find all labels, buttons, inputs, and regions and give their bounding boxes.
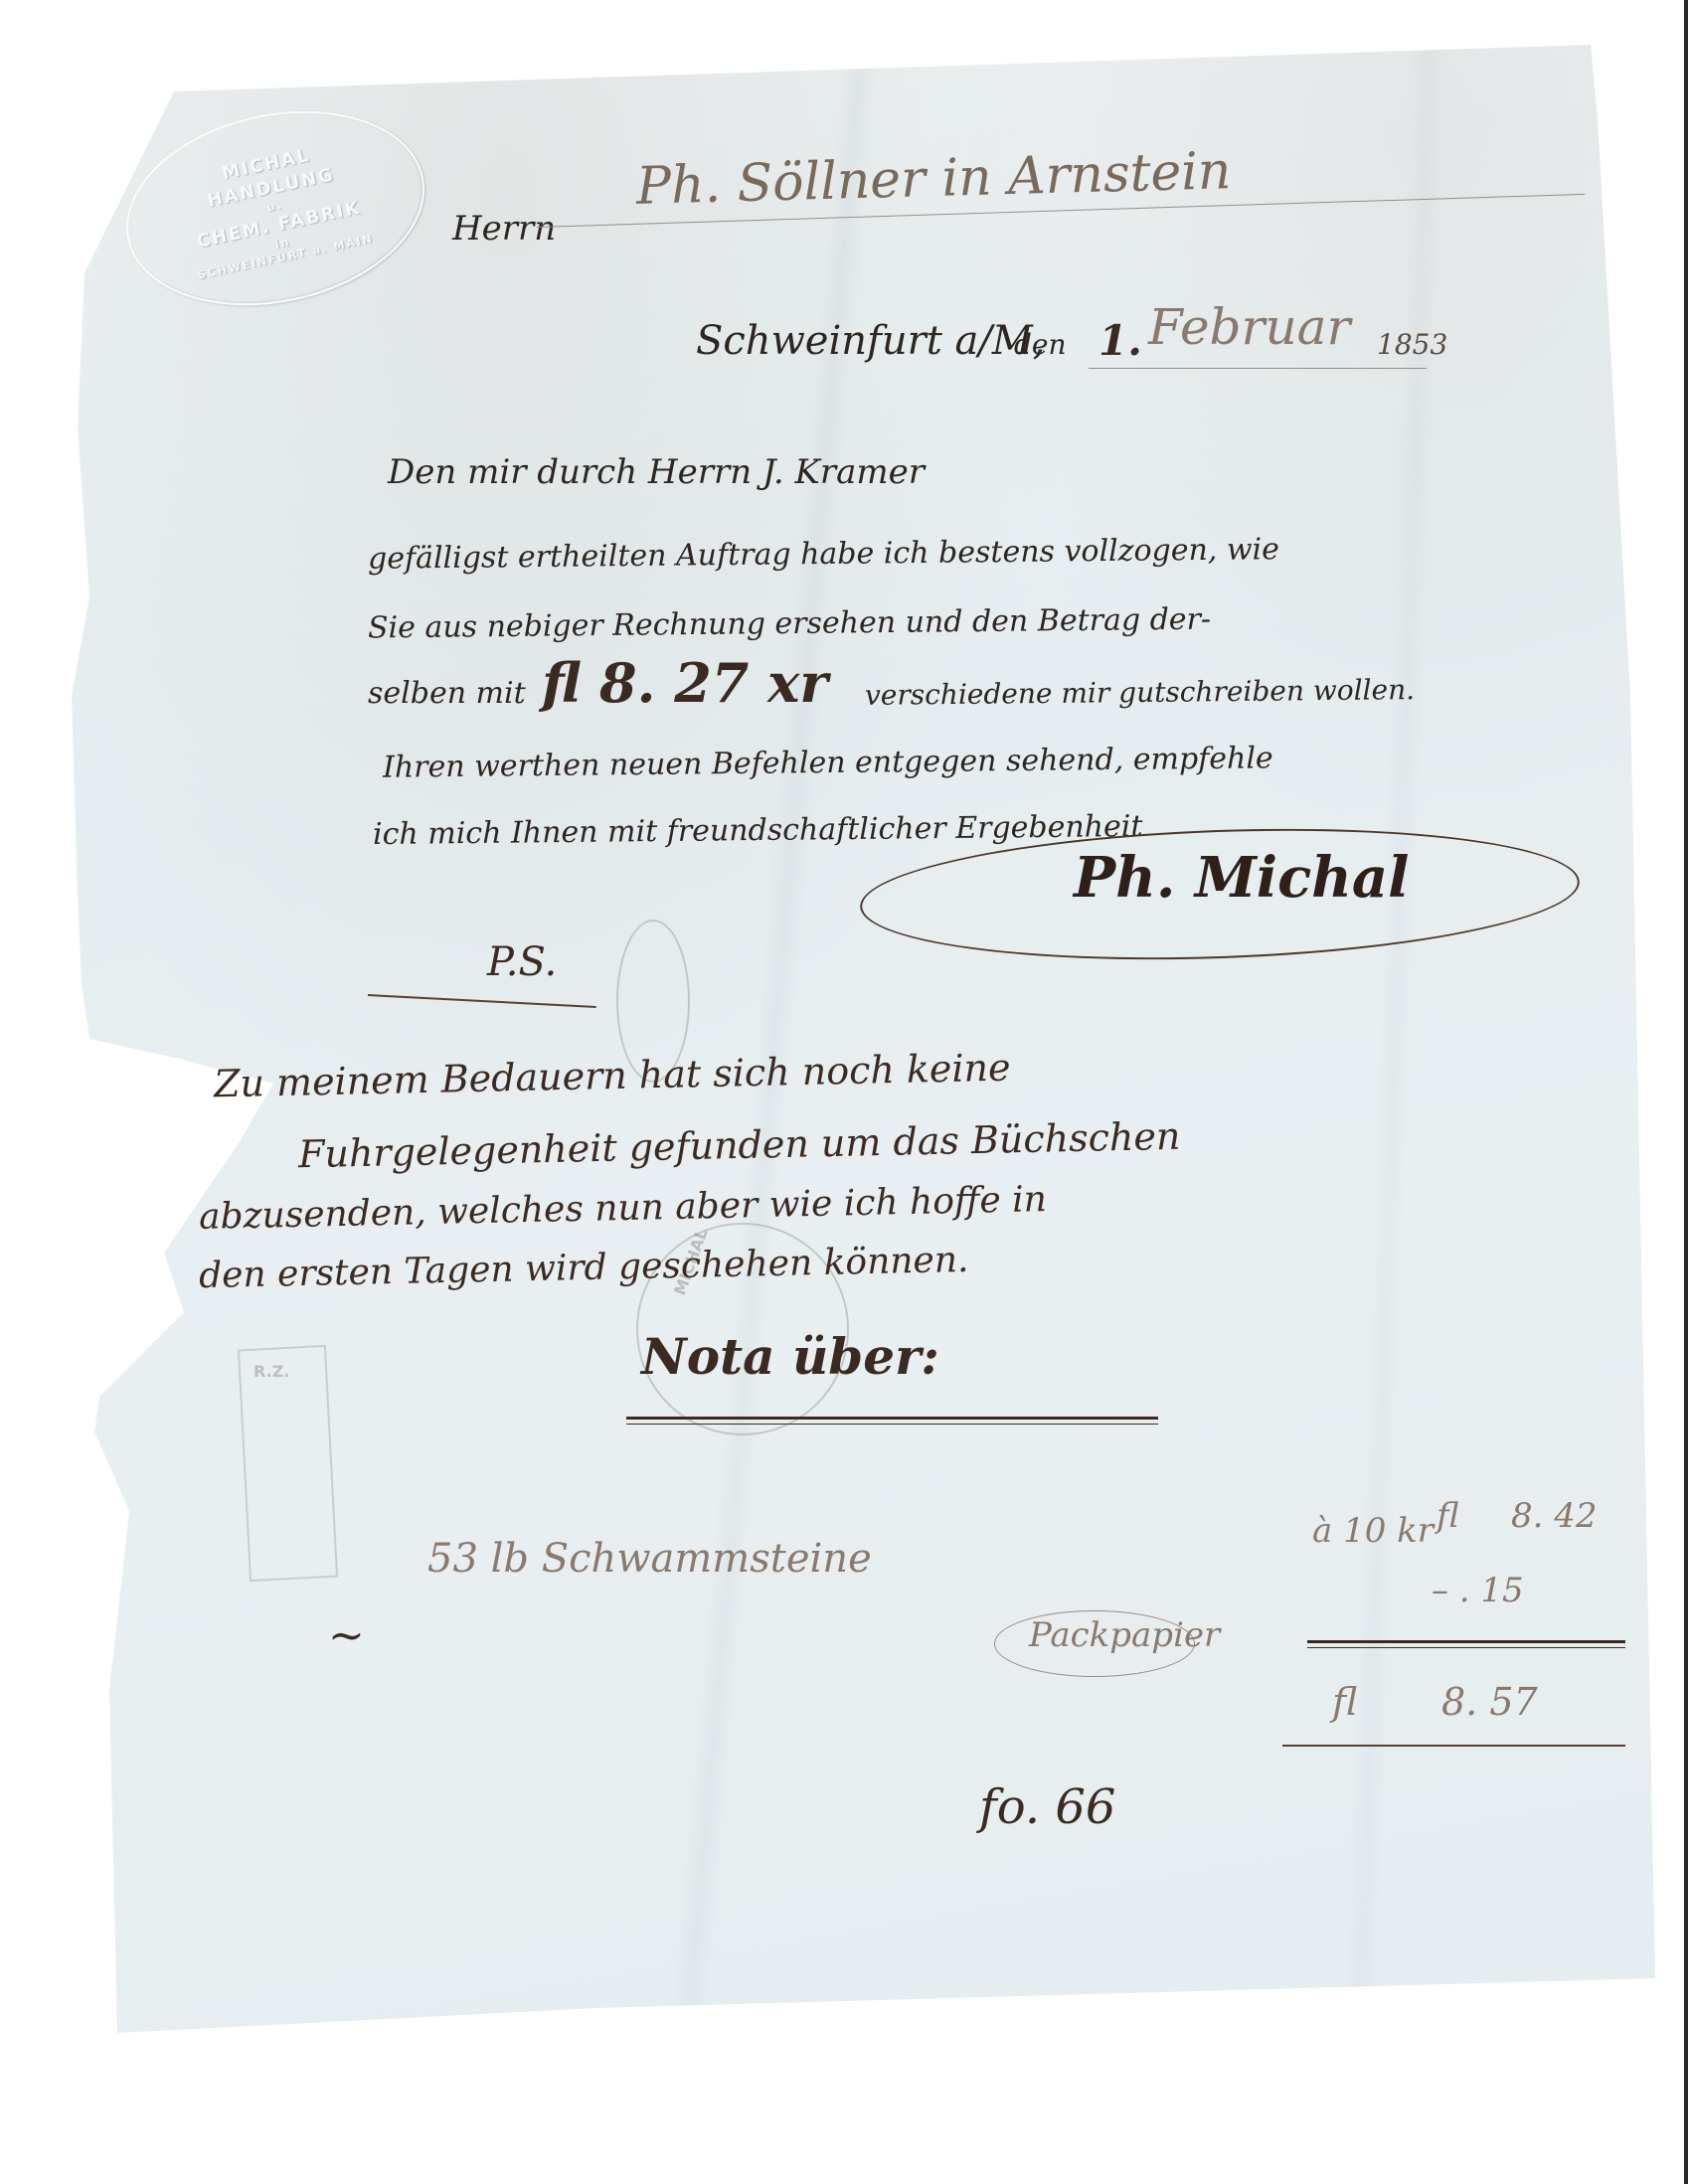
signature: Ph. Michal <box>1074 845 1409 911</box>
invoice-total-currency: fl <box>1332 1680 1357 1724</box>
dateline-month: Februar <box>1148 298 1350 356</box>
body-amount: fl 8. 27 xr <box>542 651 828 715</box>
invoice-total-amount: 8. 57 <box>1441 1680 1538 1724</box>
dateline-place: Schweinfurt a/M, <box>696 318 1046 364</box>
invoice-flourish: ~ <box>328 1610 365 1661</box>
invoice-total-rule <box>1282 1745 1625 1747</box>
invoice-item-2-amount: – . 15 <box>1432 1571 1524 1610</box>
invoice-item-1-rate: à 10 kr <box>1312 1511 1434 1551</box>
invoice-item-1-currency: fl <box>1436 1496 1459 1536</box>
body-line-1: Den mir durch Herrn J. Kramer <box>388 452 925 492</box>
invoice-subtotal-rule <box>1307 1640 1625 1648</box>
invoice-item-1-description: 53 lb Schwammsteine <box>427 1536 872 1582</box>
invoice-heading: Nota über: <box>641 1327 939 1386</box>
dateline-underline <box>1089 368 1427 369</box>
body-line-4b: verschiedene mir gutschreiben wollen. <box>865 673 1415 712</box>
dateline-year: 1853 <box>1377 328 1447 361</box>
body-line-4: selben mit <box>368 676 526 711</box>
invoice-heading-underline <box>626 1417 1158 1425</box>
postscript-label: P.S. <box>487 939 557 985</box>
invoice-item-1-amount: 8. 42 <box>1511 1496 1598 1536</box>
folio-note: fo. 66 <box>979 1779 1115 1835</box>
invoice-item-2-description: Packpapier <box>1029 1615 1220 1655</box>
scanner-edge-line <box>1684 0 1688 2184</box>
salutation: Herrn <box>452 209 556 249</box>
dateline-day: 1. <box>1098 316 1142 365</box>
dateline-den: den <box>1014 328 1067 361</box>
rect-stamp-text: R.Z. <box>253 1362 289 1381</box>
